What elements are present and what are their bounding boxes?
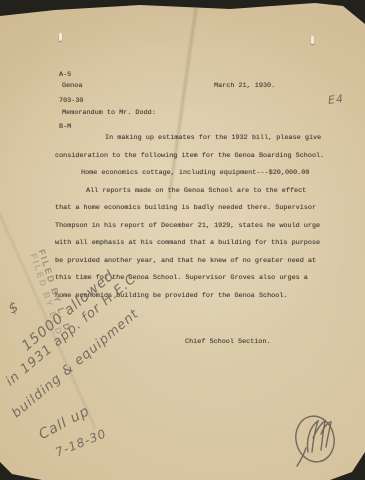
- staple-hole: [59, 33, 62, 41]
- body-line: All reports made on the Genoa School are…: [86, 187, 306, 196]
- body-line: be provided another year, and that he kn…: [55, 257, 316, 266]
- date-line: March 21, 1930.: [214, 82, 275, 91]
- location-line: Genoa: [62, 82, 82, 91]
- salutation-line: Memorandum to Mr. Dodd:: [62, 109, 156, 118]
- file-code-line: A-S: [59, 71, 83, 80]
- memo-photo: { "colors": { "bg": "#23211c", "paper": …: [0, 0, 365, 480]
- file-code-line: B-M: [59, 123, 83, 132]
- file-codes: A-S 703-30 B-M: [59, 54, 83, 140]
- body-line: with all emphasis at his command that a …: [55, 239, 320, 248]
- body-line: that a home economics building is badly …: [55, 204, 316, 213]
- body-line: In making up estimates for the 1932 bill…: [105, 134, 321, 143]
- monogram-signature-icon: [288, 410, 346, 470]
- pencil-classification-mark: E4: [327, 92, 344, 107]
- body-line: consideration to the following item for …: [55, 152, 324, 161]
- file-code-line: 703-30: [59, 97, 83, 106]
- staple-hole: [311, 36, 314, 44]
- body-line: Thompson in his report of December 21, 1…: [55, 222, 320, 231]
- body-line: Home economics cottage, including equipm…: [81, 169, 309, 178]
- signature-line: Chief School Section.: [185, 338, 271, 347]
